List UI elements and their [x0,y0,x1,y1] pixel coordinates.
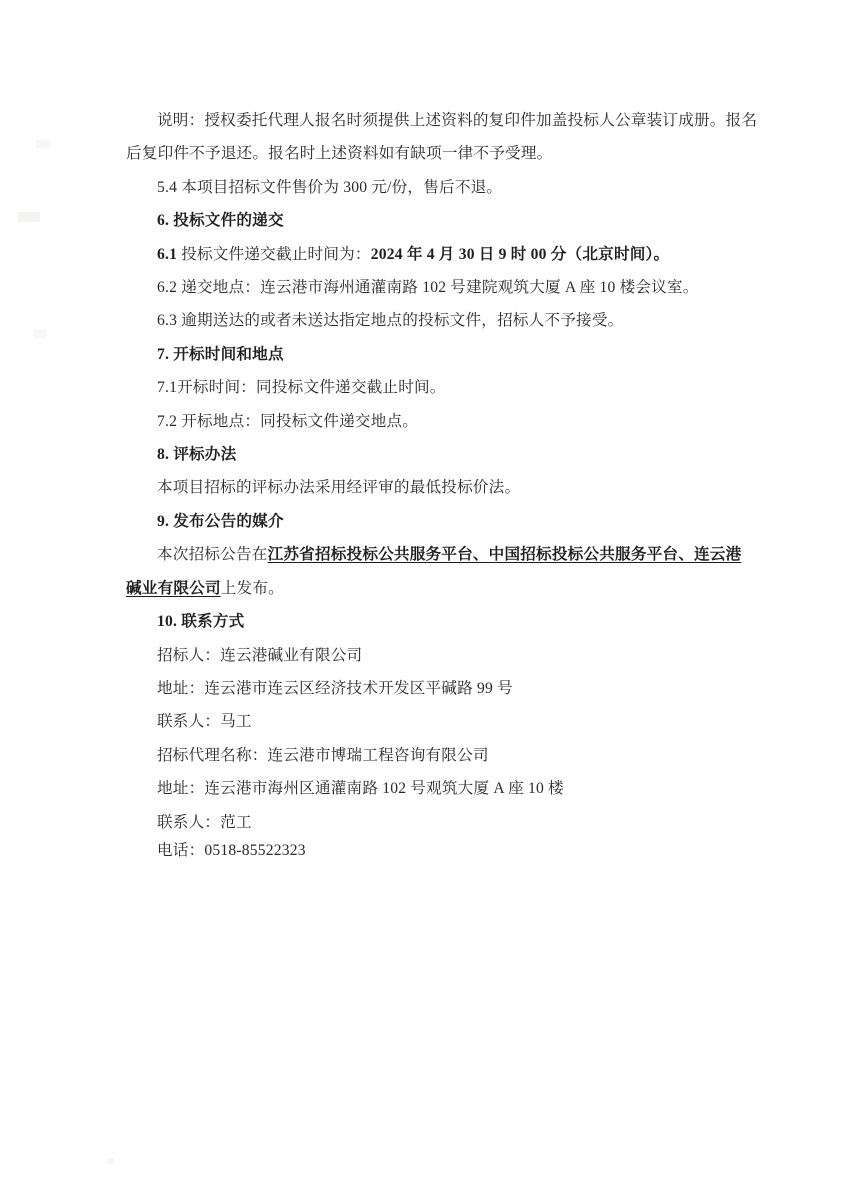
clause-6-3: 6.3 逾期送达的或者未送达指定地点的投标文件，招标人不予接受。 [126,304,744,337]
text-segment: 5.4 本项目招标文件售价为 300 元/份，售后不退。 [157,179,502,196]
text-segment: 本次招标公告在 [157,546,268,563]
text-segment: 联系人：范工 [157,814,252,831]
text-segment: 6. 投标文件的递交 [157,212,284,229]
scan-artifact [36,140,50,148]
section-6-heading: 6. 投标文件的递交 [126,204,744,237]
text-segment: 9. 发布公告的媒介 [157,513,284,530]
scan-artifact [34,330,46,338]
text-segment: 电话：0518-85522323 [157,842,306,859]
scan-artifact [18,212,40,222]
text-segment: 2024 年 4 月 30 日 9 时 00 分（北京时间）。 [371,246,670,263]
text-segment: 7. 开标时间和地点 [157,346,284,363]
note-line-2: 后复印件不予退还。报名时上述资料如有缺项一律不予受理。 [126,137,744,170]
text-segment: 8. 评标办法 [157,446,236,463]
text-segment: 说明：授权委托代理人报名时须提供上述资料的复印件加盖投标人公章装订成册。报名 [157,112,757,129]
scan-artifact [108,1158,114,1164]
contact-tenderer-person: 联系人：马工 [126,705,744,738]
note-line-1: 说明：授权委托代理人报名时须提供上述资料的复印件加盖投标人公章装订成册。报名 [126,104,744,137]
contact-tenderer: 招标人：连云港碱业有限公司 [126,639,744,672]
section-9-heading: 9. 发布公告的媒介 [126,505,744,538]
text-segment: 地址：连云港市连云区经济技术开发区平碱路 99 号 [157,680,513,697]
contact-tenderer-address: 地址：连云港市连云区经济技术开发区平碱路 99 号 [126,672,744,705]
text-segment: 7.1开标时间：同投标文件递交截止时间。 [157,379,446,396]
document-page: 说明：授权委托代理人报名时须提供上述资料的复印件加盖投标人公章装订成册。报名后复… [0,0,849,1200]
text-segment: 后复印件不予退还。报名时上述资料如有缺项一律不予受理。 [126,145,552,162]
clause-5-4: 5.4 本项目招标文件售价为 300 元/份，售后不退。 [126,171,744,204]
clause-7-2: 7.2 开标地点：同投标文件递交地点。 [126,405,744,438]
text-segment: 10. 联系方式 [157,613,244,630]
text-segment: 上发布。 [221,580,284,597]
section-7-heading: 7. 开标时间和地点 [126,338,744,371]
section-8-heading: 8. 评标办法 [126,438,744,471]
text-segment: 本项目招标的评标办法采用经评审的最低投标价法。 [157,479,520,496]
section-10-heading: 10. 联系方式 [126,605,744,638]
publication-platform-names: 碱业有限公司 [126,580,221,597]
clause-9-body-line-2: 碱业有限公司上发布。 [126,572,744,605]
text-segment: 6.3 逾期送达的或者未送达指定地点的投标文件，招标人不予接受。 [157,312,623,329]
clause-7-1: 7.1开标时间：同投标文件递交截止时间。 [126,371,744,404]
clause-6-1: 6.1 投标文件递交截止时间为：2024 年 4 月 30 日 9 时 00 分… [126,238,744,271]
clause-8-body: 本项目招标的评标办法采用经评审的最低投标价法。 [126,471,744,504]
document-body: 说明：授权委托代理人报名时须提供上述资料的复印件加盖投标人公章装订成册。报名后复… [126,104,744,867]
text-segment: 联系人：马工 [157,713,252,730]
text-segment: 6.1 [157,246,181,263]
text-segment: 地址：连云港市海州区通灌南路 102 号观筑大厦 A 座 10 楼 [157,780,564,797]
text-segment: 6.2 递交地点：连云港市海州通灌南路 102 号建院观筑大厦 A 座 10 楼… [157,279,699,296]
text-segment: 招标代理名称：连云港市博瑞工程咨询有限公司 [157,747,489,764]
clause-9-body-line-1: 本次招标公告在江苏省招标投标公共服务平台、中国招标投标公共服务平台、连云港 [126,538,744,571]
contact-phone: 电话：0518-85522323 [126,834,744,867]
clause-6-2: 6.2 递交地点：连云港市海州通灌南路 102 号建院观筑大厦 A 座 10 楼… [126,271,744,304]
text-segment: 7.2 开标地点：同投标文件递交地点。 [157,413,418,430]
publication-platform-names: 江苏省招标投标公共服务平台、中国招标投标公共服务平台、连云港 [268,546,742,563]
text-segment: 招标人：连云港碱业有限公司 [157,647,362,664]
text-segment: 投标文件递交截止时间为： [181,246,371,263]
contact-agency-name: 招标代理名称：连云港市博瑞工程咨询有限公司 [126,739,744,772]
contact-agency-address: 地址：连云港市海州区通灌南路 102 号观筑大厦 A 座 10 楼 [126,772,744,805]
